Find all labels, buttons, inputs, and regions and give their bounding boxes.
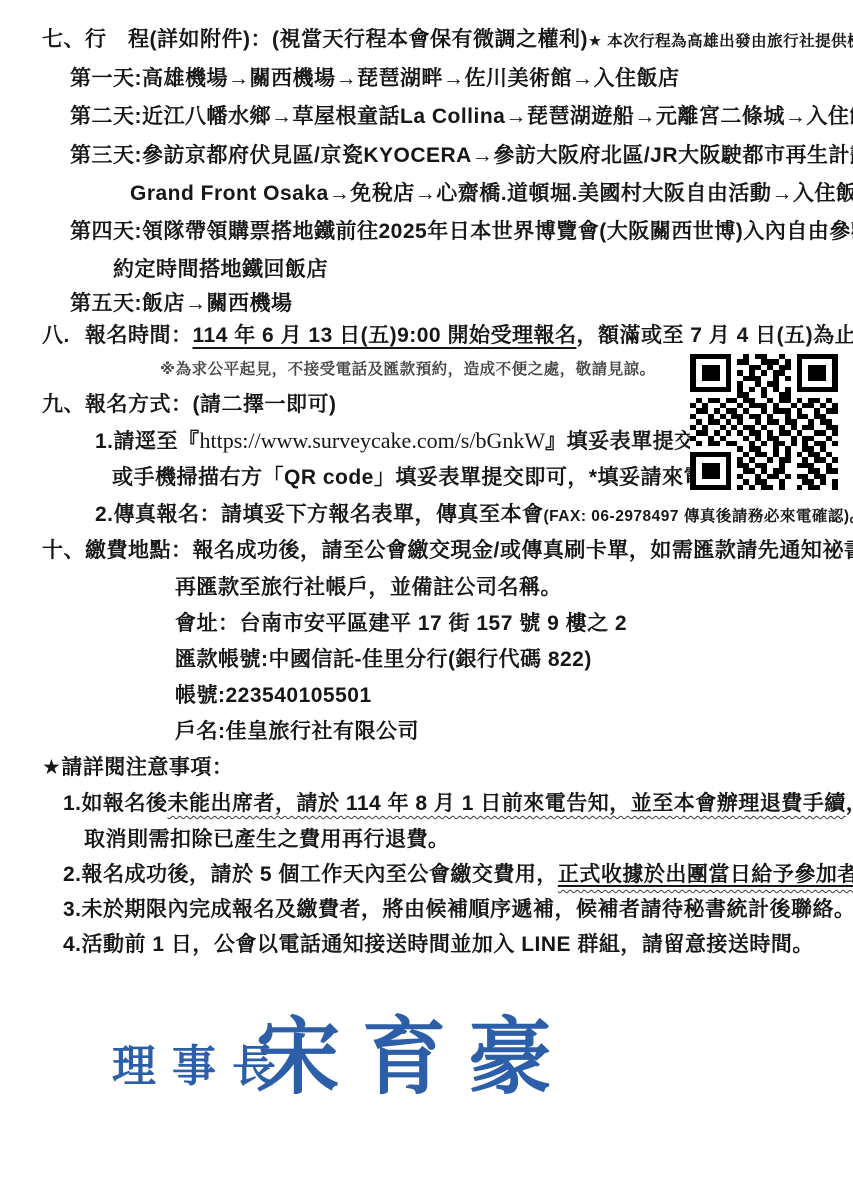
item7-day4-cont: 約定時間搭地鐵回飯店: [113, 257, 328, 282]
note1: 1.如報名後未能出席者，請於 114 年 8 月 1 日前來電告知，並至本會辦理…: [63, 791, 853, 816]
item9-option2: 2.傳真報名：請填妥下方報名表單，傳真至本會(FAX: 06-2978497 傳…: [95, 502, 853, 527]
notes-title: ★請詳閱注意事項：: [42, 755, 233, 780]
item7-number: 七、: [42, 27, 85, 52]
document-page: 七、行 程(詳如附件)：(視當天行程本會保有微調之權利)★ 本次行程為高雄出發由…: [0, 0, 853, 1200]
item8-number: 八.: [42, 323, 85, 348]
note1-wavy-emphasis: 未能出席者，請於 114 年 8 月 1 日前來電告知，並至本會辦理退費手續: [168, 792, 846, 815]
item10-heading: 十、繳費地點：報名成功後，請至公會繳交現金/或傳真刷卡單，如需匯款請先通知祕書後: [42, 538, 853, 563]
item7-day5: 第五天:飯店→關西機場: [70, 291, 293, 316]
item8-registration-start: 114 年 6 月 13 日(五)9:00 開始受理報名: [193, 324, 577, 347]
item10-number: 十、: [42, 538, 85, 563]
note4: 4.活動前 1 日，公會以電話通知接送時間並加入 LINE 群組，請留意接送時間…: [63, 932, 814, 957]
account-holder: 戶名:佳皇旅行社有限公司: [175, 719, 419, 744]
item9-option1-cont: 或手機掃描右方「QR code」填妥表單提交即可，*填妥請來電確認。: [112, 465, 770, 490]
item9-heading: 九、報名方式：(請二擇一即可): [42, 392, 337, 417]
item10-line1: 繳費地點：報名成功後，請至公會繳交現金/或傳真刷卡單，如需匯款請先通知祕書後: [85, 539, 853, 562]
note2-prefix: 2.報名成功後，請於 5 個工作天內至公會繳交費用，: [63, 863, 558, 886]
item9-number: 九、: [42, 392, 85, 417]
item7-day4: 第四天:領隊帶領購票搭地鐵前往2025年日本世界博覽會(大阪關西世博)入內自由參…: [70, 219, 853, 244]
signature-name-stamp: 宋育豪: [256, 990, 574, 1111]
item8-heading: 八.報名時間：114 年 6 月 13 日(五)9:00 開始受理報名，額滿或至…: [42, 323, 853, 348]
note1-prefix: 1.如報名後: [63, 792, 168, 815]
note1-cont: 取消則需扣除已產生之費用再行退費。: [84, 827, 450, 852]
option2-period: 。: [850, 503, 853, 526]
note3: 3.未於期限內完成報名及繳費者，將由候補順序遞補，候補者請待秘書統計後聯絡。: [63, 897, 853, 922]
fax-number: (FAX: 06-2978497 傳真後請務必來電確認): [544, 508, 850, 525]
option2-text: 2.傳真報名：請填妥下方報名表單，傳真至本會: [95, 503, 544, 526]
item7-heading: 七、行 程(詳如附件)：(視當天行程本會保有微調之權利)★ 本次行程為高雄出發由…: [42, 27, 853, 52]
account-number: 帳號:223540105501: [175, 683, 372, 708]
item7-note: ★ 本次行程為高雄出發由旅行社提供機場來回接送: [588, 33, 853, 50]
item8-label: 報名時間：: [85, 324, 193, 347]
option1-suffix: 』填妥表單提交: [545, 430, 696, 453]
qr-code: [690, 354, 838, 490]
note2-emphasis: 正式收據於出團當日給予參加者: [558, 863, 853, 886]
item7-day3-cont: Grand Front Osaka→免稅店→心齋橋.道頓堀.美國村大阪自由活動→…: [130, 181, 853, 206]
surveycake-url: https://www.surveycake.com/s/bGnkW: [200, 428, 546, 453]
note2-emphasis-wavy: 正式收據於出團當日給予參加者: [558, 863, 853, 886]
item8-fairness-notice: ※為求公平起見，不接受電話及匯款預約，造成不便之處，敬請見諒。: [160, 361, 656, 380]
item7-day1: 第一天:高雄機場→關西機場→琵琶湖畔→佐川美術館→入住飯店: [70, 66, 680, 91]
item8-deadline: ，額滿或至 7 月 4 日(五)為止。: [576, 324, 853, 347]
item10-line2: 再匯款至旅行社帳戶，並備註公司名稱。: [175, 575, 562, 600]
bank-branch: 匯款帳號:中國信託-佳里分行(銀行代碼 822): [175, 647, 592, 672]
item7-day3: 第三天:參訪京都府伏見區/京瓷KYOCERA→參訪大阪府北區/JR大阪駛都市再生…: [70, 143, 853, 168]
option1-prefix: 1.請逕至『: [95, 430, 200, 453]
item9-label: 報名方式：(請二擇一即可): [85, 393, 337, 416]
association-address: 會址：台南市安平區建平 17 街 157 號 9 樓之 2: [175, 611, 627, 636]
note1-suffix: ，如逾期: [846, 792, 853, 815]
note2: 2.報名成功後，請於 5 個工作天內至公會繳交費用，正式收據於出團當日給予參加者…: [63, 862, 853, 887]
item9-option1: 1.請逕至『https://www.surveycake.com/s/bGnkW…: [95, 428, 696, 454]
item7-title: 行 程(詳如附件)：(視當天行程本會保有微調之權利): [85, 28, 588, 51]
item7-day2: 第二天:近江八幡水鄉→草屋根童話La Collina→琵琶湖遊船→元離宮二條城→…: [70, 104, 853, 129]
